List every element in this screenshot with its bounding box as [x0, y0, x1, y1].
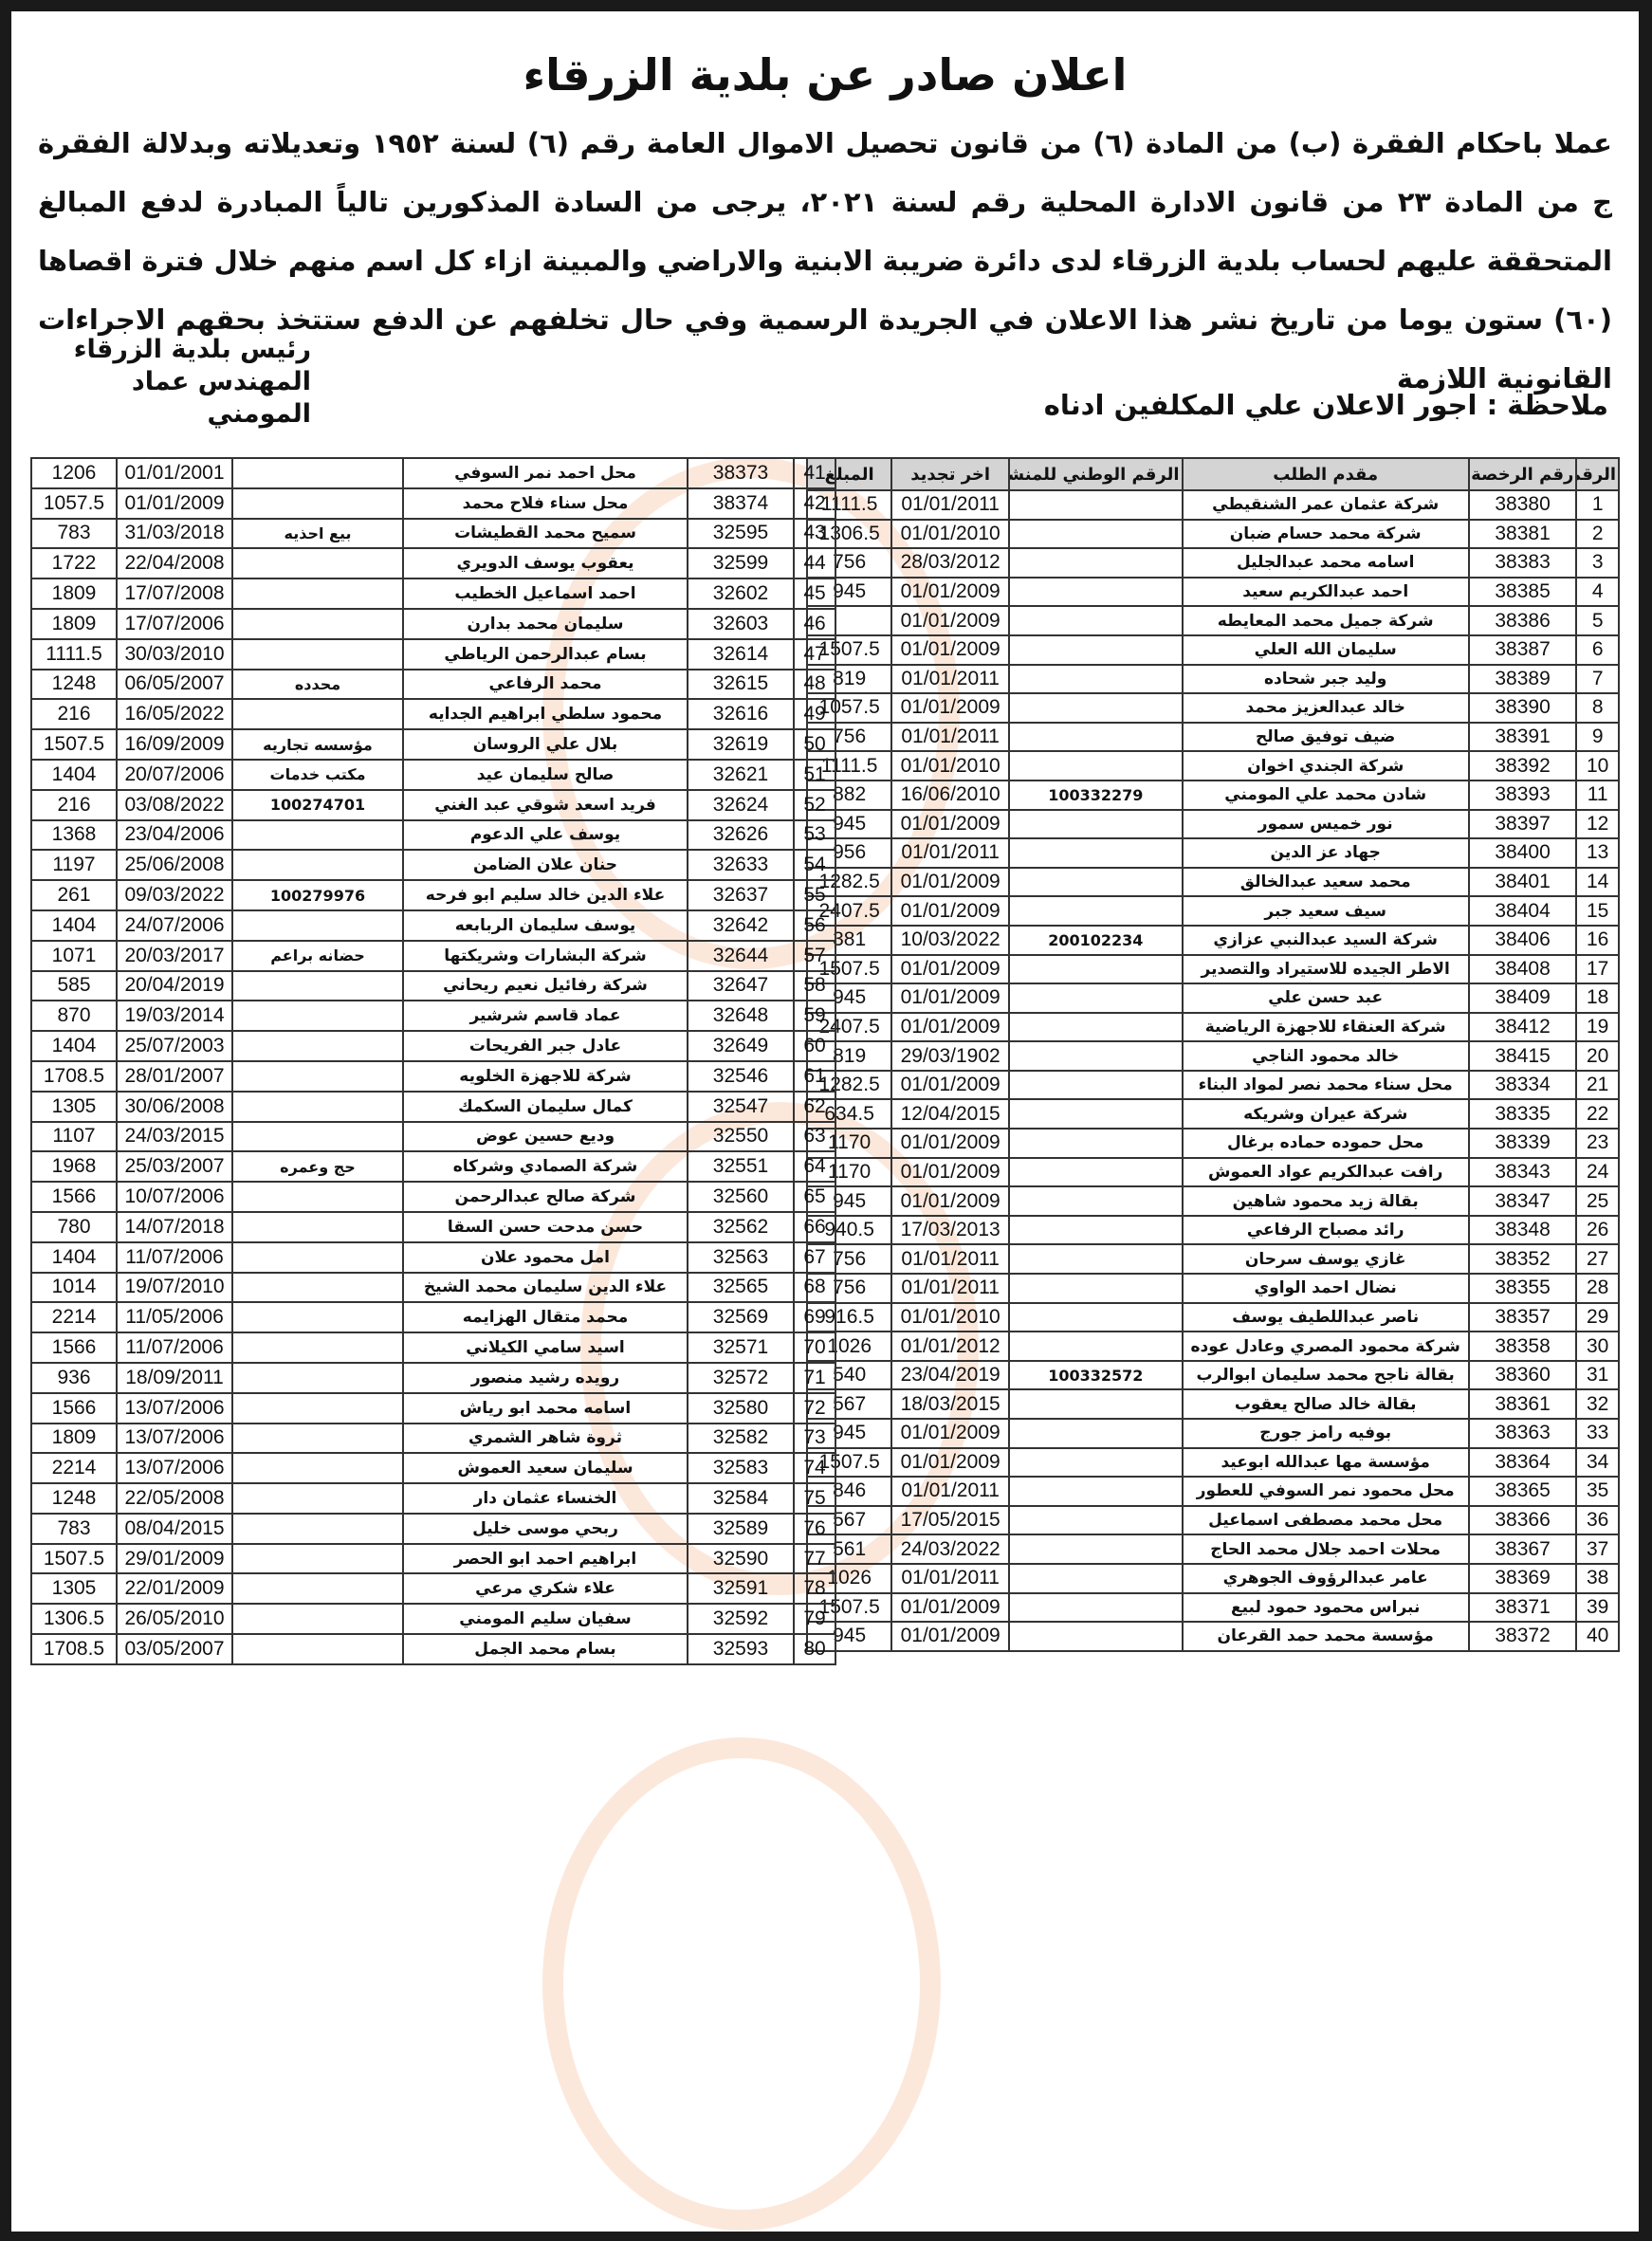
applicant-name: شركة محمد حسام ضبان — [1183, 520, 1469, 549]
row-index: 36 — [1576, 1506, 1619, 1535]
license-number: 38408 — [1469, 955, 1577, 984]
applicant-name: محلات احمد جلال محمد الحاج — [1183, 1534, 1469, 1564]
national-id — [1009, 1186, 1183, 1216]
table-row: 738389وليد جبر شحاده01/01/2011819 — [807, 665, 1619, 694]
applicant-name: شركة محمود المصري وعادل عوده — [1183, 1332, 1469, 1361]
table-row: 938391ضيف توفيق صالح01/01/2011756 — [807, 723, 1619, 752]
table-row: 2638348رائد مصباح الرفاعي17/03/2013940.5 — [807, 1216, 1619, 1245]
license-number: 38335 — [1469, 1099, 1577, 1129]
national-id — [1009, 838, 1183, 868]
amount: 216 — [31, 790, 117, 820]
national-id — [1009, 896, 1183, 926]
amount: 1566 — [31, 1182, 117, 1212]
applicant-name: غازي يوسف سرحان — [1183, 1244, 1469, 1274]
national-id — [232, 548, 403, 579]
applicant-name: اسيد سامي الكيلاني — [403, 1332, 688, 1363]
applicant-name: محل محمد مصطفى اسماعيل — [1183, 1506, 1469, 1535]
last-renewal-date: 18/03/2015 — [891, 1389, 1009, 1419]
row-index: 66 — [794, 1212, 835, 1242]
amount: 1248 — [31, 1483, 117, 1514]
row-index: 31 — [1576, 1361, 1619, 1390]
applicant-name: عامر عبدالرؤوف الجوهري — [1183, 1564, 1469, 1593]
row-index: 24 — [1576, 1158, 1619, 1187]
last-renewal-date: 17/03/2013 — [891, 1216, 1009, 1245]
license-number: 38364 — [1469, 1448, 1577, 1478]
national-id — [232, 488, 403, 519]
last-renewal-date: 01/01/2011 — [891, 490, 1009, 520]
row-index: 39 — [1576, 1593, 1619, 1623]
national-id — [232, 971, 403, 1001]
license-number: 32590 — [688, 1544, 794, 1574]
applicant-name: بسام محمد الجمل — [403, 1634, 688, 1664]
last-renewal-date: 14/07/2018 — [117, 1212, 232, 1242]
national-id — [232, 458, 403, 488]
applicant-name: خالد محمود الناجي — [1183, 1041, 1469, 1071]
last-renewal-date: 30/03/2010 — [117, 639, 232, 670]
applicant-name: يوسف علي الدعوم — [403, 820, 688, 851]
row-index: 34 — [1576, 1448, 1619, 1478]
license-number: 32593 — [688, 1634, 794, 1664]
amount: 1404 — [31, 1242, 117, 1273]
row-index: 7 — [1576, 665, 1619, 694]
national-id — [232, 1634, 403, 1664]
last-renewal-date: 17/05/2015 — [891, 1506, 1009, 1535]
amount: 1507.5 — [31, 1544, 117, 1574]
national-id — [232, 1001, 403, 1031]
row-index: 58 — [794, 971, 835, 1001]
last-renewal-date: 16/05/2022 — [117, 699, 232, 729]
applicant-name: سليمان محمد بدارن — [403, 609, 688, 639]
row-index: 26 — [1576, 1216, 1619, 1245]
table-row: 5532637علاء الدين خالد سليم ابو فرحه1002… — [31, 880, 835, 910]
amount: 870 — [31, 1001, 117, 1031]
applicant-name: شركة عيران وشريكه — [1183, 1099, 1469, 1129]
last-renewal-date: 01/01/2012 — [891, 1332, 1009, 1361]
row-index: 59 — [794, 1001, 835, 1031]
national-id — [1009, 983, 1183, 1013]
row-index: 23 — [1576, 1129, 1619, 1158]
applicant-name: رافت عبدالكريم عواد العموش — [1183, 1158, 1469, 1187]
fees-note: ملاحظة : اجور الاعلان علي المكلفين ادناه — [1044, 389, 1608, 421]
row-index: 44 — [794, 548, 835, 579]
amount: 1107 — [31, 1122, 117, 1152]
last-renewal-date: 01/01/2009 — [891, 1129, 1009, 1158]
license-number: 38404 — [1469, 896, 1577, 926]
last-renewal-date: 01/01/2009 — [891, 955, 1009, 984]
last-renewal-date: 20/03/2017 — [117, 941, 232, 971]
license-number: 38365 — [1469, 1477, 1577, 1506]
amount: 1809 — [31, 609, 117, 639]
amount: 1507.5 — [31, 729, 117, 760]
applicant-name: بقالة ناجح محمد سليمان ابوالرب — [1183, 1361, 1469, 1390]
national-id — [1009, 1534, 1183, 1564]
national-id — [232, 1544, 403, 1574]
license-number: 32569 — [688, 1302, 794, 1332]
row-index: 62 — [794, 1092, 835, 1122]
table-row: 4238374محل سناء فلاح محمد01/01/20091057.… — [31, 488, 835, 519]
amount: 1111.5 — [31, 639, 117, 670]
national-id — [232, 850, 403, 880]
national-id — [232, 1483, 403, 1514]
row-index: 56 — [794, 910, 835, 941]
row-index: 79 — [794, 1604, 835, 1634]
last-renewal-date: 19/07/2010 — [117, 1273, 232, 1303]
notice-frame: اعلان صادر عن بلدية الزرقاء عملا باحكام … — [0, 0, 1652, 2241]
license-number: 32563 — [688, 1242, 794, 1273]
last-renewal-date: 01/01/2011 — [891, 1564, 1009, 1593]
license-number: 32592 — [688, 1604, 794, 1634]
table-row: 6732563امل محمود علان11/07/20061404 — [31, 1242, 835, 1273]
table-header-row: الرقم رقم الرخصة مقدم الطلب الرقم الوطني… — [807, 458, 1619, 490]
row-index: 2 — [1576, 520, 1619, 549]
table-row: 538386شركة جميل محمد المعايطه01/01/2009 — [807, 606, 1619, 635]
table-row: 1538404سيف سعيد جبر01/01/20092407.5 — [807, 896, 1619, 926]
amount: 1014 — [31, 1273, 117, 1303]
row-index: 68 — [794, 1273, 835, 1303]
table-row: 1338400جهاد عز الدين01/01/2011956 — [807, 838, 1619, 868]
table-row: 5432633حنان علان الضامن25/06/20081197 — [31, 850, 835, 880]
table-row: 1638406شركة السيد عبدالنبي عزازي20010223… — [807, 926, 1619, 955]
row-index: 19 — [1576, 1013, 1619, 1042]
applicant-name: شادن محمد علي المومني — [1183, 781, 1469, 810]
table-row: 1938412شركة العنقاء للاجهزة الرياضية01/0… — [807, 1013, 1619, 1042]
last-renewal-date: 01/01/2009 — [891, 1622, 1009, 1651]
national-id — [232, 1332, 403, 1363]
applicant-name: محمد سعيد عبدالخالق — [1183, 868, 1469, 897]
table-row: 5732644شركة البشارات وشريكتهاحضانه براعم… — [31, 941, 835, 971]
national-id — [1009, 1071, 1183, 1100]
row-index: 11 — [1576, 781, 1619, 810]
license-number: 38406 — [1469, 926, 1577, 955]
row-index: 49 — [794, 699, 835, 729]
row-index: 70 — [794, 1332, 835, 1363]
row-index: 52 — [794, 790, 835, 820]
license-number: 38393 — [1469, 781, 1577, 810]
national-id — [232, 1573, 403, 1604]
applicant-name: محل سناء فلاح محمد — [403, 488, 688, 519]
last-renewal-date: 01/01/2009 — [891, 1186, 1009, 1216]
license-number: 38374 — [688, 488, 794, 519]
row-index: 54 — [794, 850, 835, 880]
applicant-name: الاطر الجيده للاستيراد والتصدير — [1183, 955, 1469, 984]
amount: 1404 — [31, 760, 117, 790]
license-number: 32589 — [688, 1514, 794, 1544]
national-id — [1009, 955, 1183, 984]
license-number: 38355 — [1469, 1274, 1577, 1303]
national-id — [1009, 1129, 1183, 1158]
license-number: 38381 — [1469, 520, 1577, 549]
table-row: 6132546شركة للاجهزة الخلويه28/01/2007170… — [31, 1061, 835, 1092]
last-renewal-date: 01/01/2009 — [891, 896, 1009, 926]
national-id — [232, 1122, 403, 1152]
table-body-right: 138380شركة عثمان عمر الشنقيطي01/01/20111… — [807, 490, 1619, 1651]
amount: 783 — [31, 1514, 117, 1544]
applicant-name: رائد مصباح الرفاعي — [1183, 1216, 1469, 1245]
national-id: 200102234 — [1009, 926, 1183, 955]
table-row: 4038372مؤسسة محمد حمد القرعان01/01/20099… — [807, 1622, 1619, 1651]
last-renewal-date: 01/01/2009 — [117, 488, 232, 519]
table-row: 7032571اسيد سامي الكيلاني11/07/20061566 — [31, 1332, 835, 1363]
license-number: 32560 — [688, 1182, 794, 1212]
applicant-name: كمال سليمان السكمك — [403, 1092, 688, 1122]
row-index: 53 — [794, 820, 835, 851]
national-id — [1009, 578, 1183, 607]
license-number: 32571 — [688, 1332, 794, 1363]
national-id — [1009, 1448, 1183, 1478]
license-number: 32644 — [688, 941, 794, 971]
row-index: 77 — [794, 1544, 835, 1574]
row-index: 30 — [1576, 1332, 1619, 1361]
last-renewal-date: 01/01/2009 — [891, 606, 1009, 635]
license-number: 32615 — [688, 670, 794, 700]
applicant-name: شركة السيد عبدالنبي عزازي — [1183, 926, 1469, 955]
last-renewal-date: 01/01/2009 — [891, 578, 1009, 607]
applicant-name: سليمان سعيد العموش — [403, 1453, 688, 1483]
row-index: 4 — [1576, 578, 1619, 607]
amount: 1968 — [31, 1151, 117, 1182]
table-body-left: 4138373محل احمد نمر السوفي01/01/20011206… — [31, 458, 835, 1664]
national-id — [1009, 1622, 1183, 1651]
applicant-name: ثروة شاهر الشمري — [403, 1424, 688, 1454]
table-row: 3038358شركة محمود المصري وعادل عوده01/01… — [807, 1332, 1619, 1361]
license-number: 38366 — [1469, 1506, 1577, 1535]
license-number: 32648 — [688, 1001, 794, 1031]
row-index: 60 — [794, 1031, 835, 1061]
last-renewal-date: 01/01/2011 — [891, 723, 1009, 752]
applicant-name: وديع حسين عوض — [403, 1122, 688, 1152]
amount: 2214 — [31, 1302, 117, 1332]
applicant-name: سميح محمد القطيشات — [403, 519, 688, 549]
license-number: 38372 — [1469, 1622, 1577, 1651]
table-row: 1738408الاطر الجيده للاستيراد والتصدير01… — [807, 955, 1619, 984]
table-row: 7332582ثروة شاهر الشمري13/07/20061809 — [31, 1424, 835, 1454]
last-renewal-date: 31/03/2018 — [117, 519, 232, 549]
applicant-name: رويده رشيد منصور — [403, 1363, 688, 1393]
national-id — [1009, 1041, 1183, 1071]
applicant-name: محمد الرفاعي — [403, 670, 688, 700]
applicant-name: نبراس محمود حمود لبيع — [1183, 1593, 1469, 1623]
license-number: 32547 — [688, 1092, 794, 1122]
last-renewal-date: 01/01/2011 — [891, 1244, 1009, 1274]
license-number: 38380 — [1469, 490, 1577, 520]
row-index: 38 — [1576, 1564, 1619, 1593]
row-index: 17 — [1576, 955, 1619, 984]
national-id: مكتب خدمات — [232, 760, 403, 790]
table-row: 638387سليمان الله العلي01/01/20091507.5 — [807, 635, 1619, 665]
amount: 1722 — [31, 548, 117, 579]
applicant-name: بقالة زيد محمود شاهين — [1183, 1186, 1469, 1216]
license-number: 32624 — [688, 790, 794, 820]
last-renewal-date: 30/06/2008 — [117, 1092, 232, 1122]
applicant-name: سليمان الله العلي — [1183, 635, 1469, 665]
table-row: 1438401محمد سعيد عبدالخالق01/01/20091282… — [807, 868, 1619, 897]
license-number: 38357 — [1469, 1303, 1577, 1332]
applicant-name: بسام عبدالرحمن الرياطي — [403, 639, 688, 670]
table-row: 4532602احمد اسماعيل الخطيب17/07/20081809 — [31, 579, 835, 609]
row-index: 72 — [794, 1393, 835, 1424]
row-index: 13 — [1576, 838, 1619, 868]
table-row: 2038415خالد محمود الناجي29/03/1902819 — [807, 1041, 1619, 1071]
last-renewal-date: 22/01/2009 — [117, 1573, 232, 1604]
applicant-name: محل احمد نمر السوفي — [403, 458, 688, 488]
table-row: 2838355نضال احمد الواوي01/01/2011756 — [807, 1274, 1619, 1303]
license-number: 32602 — [688, 579, 794, 609]
national-id — [1009, 1099, 1183, 1129]
row-index: 45 — [794, 579, 835, 609]
national-id: 100279976 — [232, 880, 403, 910]
applicant-name: شركة للاجهزة الخلويه — [403, 1061, 688, 1092]
national-id — [1009, 1506, 1183, 1535]
table-row: 138380شركة عثمان عمر الشنقيطي01/01/20111… — [807, 490, 1619, 520]
license-number: 32562 — [688, 1212, 794, 1242]
amount: 783 — [31, 519, 117, 549]
national-id: 100332572 — [1009, 1361, 1183, 1390]
license-number: 32599 — [688, 548, 794, 579]
applicant-name: حسن مدحت حسن السقا — [403, 1212, 688, 1242]
row-index: 51 — [794, 760, 835, 790]
license-number: 38363 — [1469, 1419, 1577, 1448]
table-row: 1138393شادن محمد علي المومني10033227916/… — [807, 781, 1619, 810]
table-row: 1038392شركة الجندي اخوان01/01/20101111.5 — [807, 751, 1619, 781]
table-row: 3938371نبراس محمود حمود لبيع01/01/200915… — [807, 1593, 1619, 1623]
table-row: 2338339محل حموده حماده برغال01/01/200911… — [807, 1129, 1619, 1158]
amount: 1306.5 — [31, 1604, 117, 1634]
row-index: 61 — [794, 1061, 835, 1092]
license-number: 38390 — [1469, 693, 1577, 723]
last-renewal-date: 13/07/2006 — [117, 1424, 232, 1454]
national-id — [1009, 1303, 1183, 1332]
row-index: 55 — [794, 880, 835, 910]
applicant-name: شركة الصمادي وشركاه — [403, 1151, 688, 1182]
table-row: 2238335شركة عيران وشريكه12/04/2015634.5 — [807, 1099, 1619, 1129]
amount: 1206 — [31, 458, 117, 488]
national-id — [1009, 810, 1183, 839]
national-id — [1009, 1564, 1183, 1593]
row-index: 14 — [1576, 868, 1619, 897]
license-number: 32633 — [688, 850, 794, 880]
table-row: 4138373محل احمد نمر السوفي01/01/20011206 — [31, 458, 835, 488]
amount: 780 — [31, 1212, 117, 1242]
amount: 1057.5 — [31, 488, 117, 519]
license-number: 32603 — [688, 609, 794, 639]
last-renewal-date: 01/01/2009 — [891, 810, 1009, 839]
last-renewal-date: 24/03/2022 — [891, 1534, 1009, 1564]
row-index: 69 — [794, 1302, 835, 1332]
license-number: 32621 — [688, 760, 794, 790]
last-renewal-date: 08/04/2015 — [117, 1514, 232, 1544]
last-renewal-date: 13/07/2006 — [117, 1393, 232, 1424]
license-number: 38369 — [1469, 1564, 1577, 1593]
license-number: 38358 — [1469, 1332, 1577, 1361]
amount: 1708.5 — [31, 1634, 117, 1664]
license-number: 38391 — [1469, 723, 1577, 752]
amount: 1305 — [31, 1573, 117, 1604]
table-row: 4732614بسام عبدالرحمن الرياطي30/03/20101… — [31, 639, 835, 670]
table-row: 6632562حسن مدحت حسن السقا14/07/2018780 — [31, 1212, 835, 1242]
license-number: 32619 — [688, 729, 794, 760]
license-number: 32550 — [688, 1122, 794, 1152]
last-renewal-date: 16/09/2009 — [117, 729, 232, 760]
national-id — [232, 639, 403, 670]
row-index: 29 — [1576, 1303, 1619, 1332]
applicant-name: خالد عبدالعزيز محمد — [1183, 693, 1469, 723]
last-renewal-date: 01/01/2009 — [891, 1448, 1009, 1478]
table-row: 6832565علاء الدين سليمان محمد الشيخ19/07… — [31, 1273, 835, 1303]
table-row: 838390خالد عبدالعزيز محمد01/01/20091057.… — [807, 693, 1619, 723]
applicant-name: شركة جميل محمد المعايطه — [1183, 606, 1469, 635]
applicant-name: شركة العنقاء للاجهزة الرياضية — [1183, 1013, 1469, 1042]
license-number: 32649 — [688, 1031, 794, 1061]
header-national-id: الرقم الوطني للمنشاه — [1009, 458, 1183, 490]
last-renewal-date: 01/01/2009 — [891, 1071, 1009, 1100]
last-renewal-date: 10/03/2022 — [891, 926, 1009, 955]
last-renewal-date: 10/07/2006 — [117, 1182, 232, 1212]
national-id — [232, 1092, 403, 1122]
applicant-name: شركة الجندي اخوان — [1183, 751, 1469, 781]
applicant-name: شركة صالح عبدالرحمن — [403, 1182, 688, 1212]
license-number: 38352 — [1469, 1244, 1577, 1274]
national-id — [232, 1453, 403, 1483]
applicant-name: عماد قاسم شرشير — [403, 1001, 688, 1031]
amount: 1809 — [31, 1424, 117, 1454]
amount: 936 — [31, 1363, 117, 1393]
applicant-name: ضيف توفيق صالح — [1183, 723, 1469, 752]
last-renewal-date: 09/03/2022 — [117, 880, 232, 910]
national-id — [232, 579, 403, 609]
last-renewal-date: 25/03/2007 — [117, 1151, 232, 1182]
table-row: 7732590ابراهيم احمد ابو الحصر29/01/20091… — [31, 1544, 835, 1574]
table-row: 3138360بقالة ناجح محمد سليمان ابوالرب100… — [807, 1361, 1619, 1390]
last-renewal-date: 16/06/2010 — [891, 781, 1009, 810]
license-number: 32616 — [688, 699, 794, 729]
national-id — [1009, 1274, 1183, 1303]
applicant-name: فريد اسعد شوقي عبد الغني — [403, 790, 688, 820]
row-index: 73 — [794, 1424, 835, 1454]
applicant-name: حنان علان الضامن — [403, 850, 688, 880]
license-number: 32580 — [688, 1393, 794, 1424]
taxpayers-table-right: الرقم رقم الرخصة مقدم الطلب الرقم الوطني… — [806, 457, 1620, 1652]
national-id — [232, 1514, 403, 1544]
row-index: 20 — [1576, 1041, 1619, 1071]
applicant-name: سيف سعيد جبر — [1183, 896, 1469, 926]
applicant-name: شركة عثمان عمر الشنقيطي — [1183, 490, 1469, 520]
license-number: 38361 — [1469, 1389, 1577, 1419]
national-id — [1009, 490, 1183, 520]
row-index: 9 — [1576, 723, 1619, 752]
national-id — [1009, 1477, 1183, 1506]
row-index: 21 — [1576, 1071, 1619, 1100]
row-index: 35 — [1576, 1477, 1619, 1506]
license-number: 38339 — [1469, 1129, 1577, 1158]
national-id: حضانه براعم — [232, 941, 403, 971]
table-row: 5332626يوسف علي الدعوم23/04/20061368 — [31, 820, 835, 851]
national-id: 100332279 — [1009, 781, 1183, 810]
national-id — [232, 1212, 403, 1242]
row-index: 18 — [1576, 983, 1619, 1013]
national-id: مؤسسه تجاريه — [232, 729, 403, 760]
row-index: 75 — [794, 1483, 835, 1514]
last-renewal-date: 01/01/2011 — [891, 1477, 1009, 1506]
row-index: 46 — [794, 609, 835, 639]
national-id — [232, 699, 403, 729]
applicant-name: بلال علي الروسان — [403, 729, 688, 760]
applicant-name: عادل جبر الفريحات — [403, 1031, 688, 1061]
national-id — [1009, 868, 1183, 897]
national-id — [232, 910, 403, 941]
amount: 1197 — [31, 850, 117, 880]
national-id — [1009, 693, 1183, 723]
last-renewal-date: 01/01/2011 — [891, 665, 1009, 694]
